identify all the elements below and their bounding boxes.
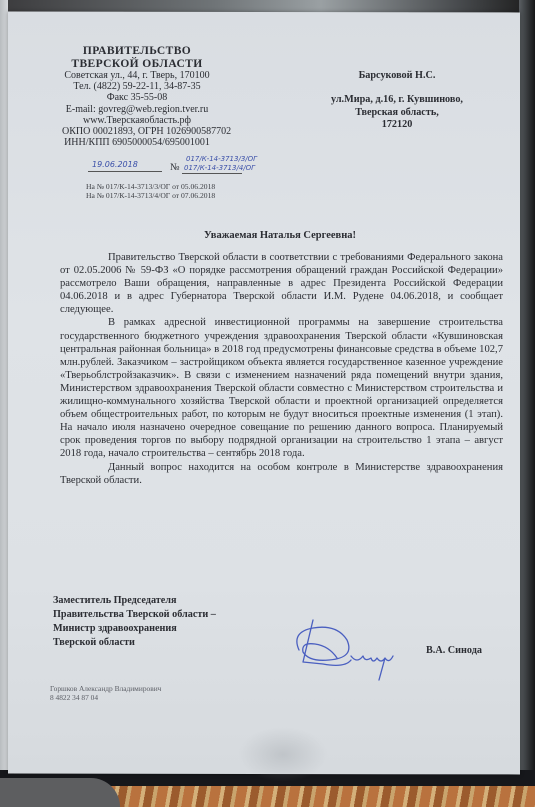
org-name-line2: ТВЕРСКОЙ ОБЛАСТИ [62, 58, 212, 71]
handwritten-signature-icon [285, 612, 415, 682]
org-okpo-ogrn: ОКПО 00021893, ОГРН 1026900587702 [62, 126, 212, 137]
background-gray-object [0, 778, 120, 807]
org-inn-kpp: ИНН/КПП 6905000054/695001001 [62, 137, 212, 148]
signatory-title: Заместитель Председателя Правительства Т… [53, 594, 216, 650]
signatory-title-line3: Министр здравоохранения [53, 622, 216, 636]
org-phone: Тел. (4822) 59-22-11, 34-87-35 [62, 81, 212, 92]
org-name-line1: ПРАВИТЕЛЬСТВО [62, 45, 212, 58]
letterhead: ПРАВИТЕЛЬСТВО ТВЕРСКОЙ ОБЛАСТИ Советская… [62, 45, 212, 148]
executor-info: Горшков Александр Владимирович 8 4822 34… [50, 684, 161, 702]
letter-body: Правительство Тверской области в соответ… [60, 251, 503, 487]
background-surface-right [519, 0, 535, 807]
addressee-block: Барсуковой Н.С. ул.Мира, д.16, г. Кувшин… [292, 70, 502, 132]
signatory-title-line2: Правительства Тверской области – [53, 608, 216, 622]
reference-numbers: На № 017/К-14-3713/3/ОГ от 05.06.2018 На… [86, 183, 215, 200]
greeting: Уважаемая Наталья Сергеевна! [60, 230, 500, 241]
date-underline [88, 171, 162, 172]
reference-2: На № 017/К-14-3713/4/ОГ от 07.06.2018 [86, 192, 215, 201]
signatory-title-line4: Тверской области [53, 636, 216, 650]
addressee-postcode: 172120 [292, 119, 502, 131]
registration-number-handwritten-1: 017/К-14-3713/3/ОГ [186, 155, 257, 163]
body-paragraph-2: В рамках адресной инвестиционной програм… [60, 316, 503, 460]
executor-phone: 8 4822 34 87 04 [50, 693, 161, 702]
addressee-name: Барсуковой Н.С. [292, 70, 502, 82]
number-label: № [170, 162, 180, 173]
signatory-name: В.А. Синода [426, 645, 482, 656]
addressee-region: Тверская область, [292, 107, 502, 119]
addressee-street: ул.Мира, д.16, г. Кувшиново, [292, 94, 502, 106]
registration-number-handwritten-2: 017/К-14-3713/4/ОГ [184, 164, 255, 172]
number-underline [182, 173, 242, 174]
registration-date-handwritten: 19.06.2018 [92, 160, 138, 169]
org-email: E-mail: govreg@web.region.tver.ru [62, 104, 212, 115]
body-paragraph-3: Данный вопрос находится на особом контро… [60, 461, 503, 487]
background-surface-left [0, 0, 8, 807]
org-address: Советская ул., 44, г. Тверь, 170100 [62, 70, 212, 81]
executor-name: Горшков Александр Владимирович [50, 684, 161, 693]
org-fax: Факс 35-55-08 [62, 92, 212, 103]
org-website: www.Тверскаяобласть.рф [62, 115, 212, 126]
signatory-title-line1: Заместитель Председателя [53, 594, 216, 608]
shadow-smudge [238, 727, 328, 782]
body-paragraph-1: Правительство Тверской области в соответ… [60, 251, 503, 316]
